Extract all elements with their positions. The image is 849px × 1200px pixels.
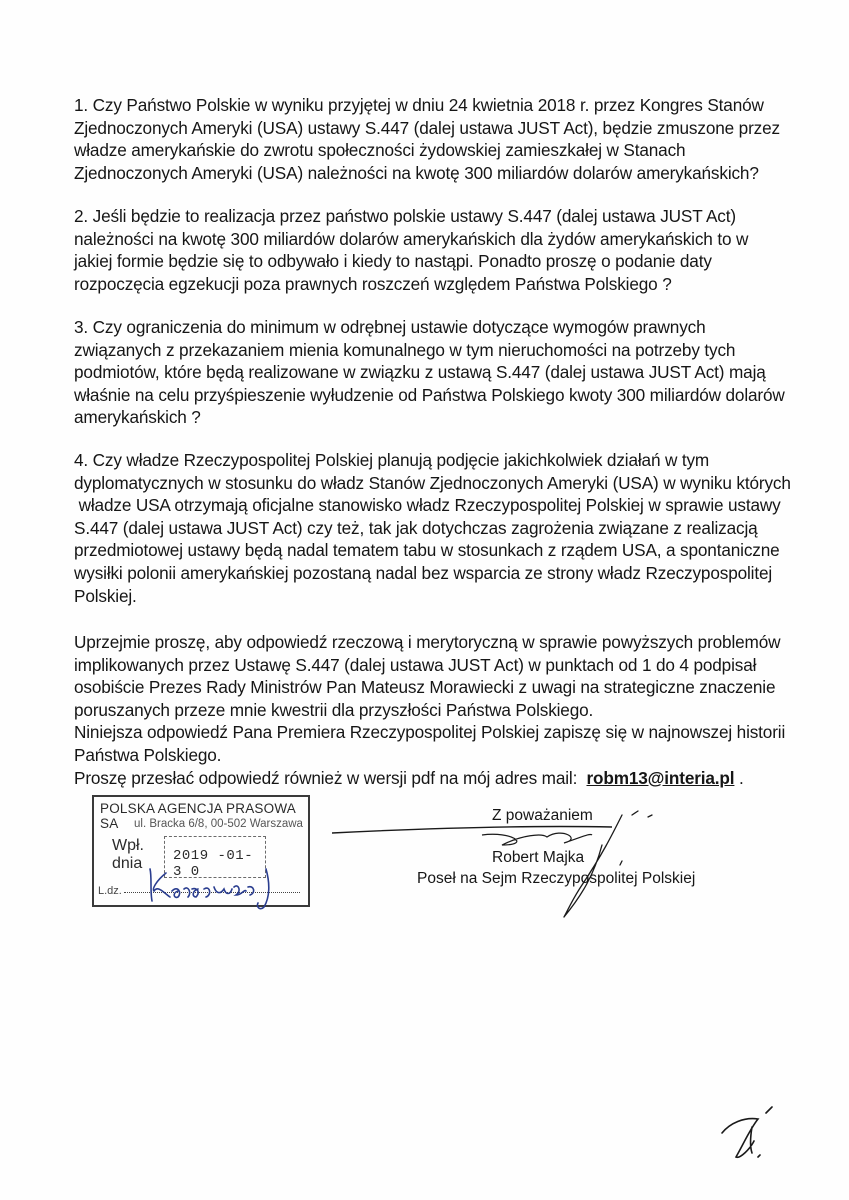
question-2-paragraph: 2. Jeśli będzie to realizacja przez pańs… [74, 205, 774, 295]
email-address[interactable]: robm13@interia.pl [586, 768, 734, 788]
request-paragraph: Uprzejmie proszę, aby odpowiedź rzeczową… [74, 631, 774, 789]
question-3-paragraph: 3. Czy ograniczenia do minimum w odrębne… [74, 316, 774, 429]
email-line: Proszę przesłać odpowiedź również w wers… [74, 767, 774, 790]
text-line: Zjednoczonych Ameryki (USA) ustawy S.447… [74, 117, 774, 140]
text-line: związanych z przekazaniem mienia komunal… [74, 339, 774, 362]
text-line: 1. Czy Państwo Polskie w wyniku przyjęte… [74, 94, 774, 117]
text-line: 4. Czy władze Rzeczypospolitej Polskiej … [74, 449, 774, 472]
text-line: władze USA otrzymają oficjalne stanowisk… [74, 494, 774, 517]
text-line: Państwa Polskiego. [74, 744, 774, 767]
question-1-paragraph: 1. Czy Państwo Polskie w wyniku przyjęte… [74, 94, 774, 184]
receipt-stamp: POLSKA AGENCJA PRASOWA SA ul. Bracka 6/8… [92, 795, 310, 907]
stamp-ldz-label: L.dz. [98, 885, 122, 897]
signatory-title: Poseł na Sejm Rzeczypospolitej Polskiej [417, 868, 695, 889]
closing-salutation: Z poważaniem [492, 805, 632, 826]
text-line: władze amerykańskie do zwrotu społecznoś… [74, 139, 774, 162]
question-4-paragraph: 4. Czy władze Rzeczypospolitej Polskiej … [74, 449, 774, 607]
handwritten-name-icon [142, 863, 292, 913]
text-line: implikowanych przez Ustawę S.447 (dalej … [74, 654, 774, 677]
text-line: osobiście Prezes Rady Ministrów Pan Mate… [74, 676, 774, 699]
text-line: Polskiej. [74, 585, 774, 608]
email-line-prefix: Proszę przesłać odpowiedź również w wers… [74, 768, 586, 788]
stamp-label-wpl: Wpł. [112, 837, 144, 855]
text-line: S.447 (dalej ustawa JUST Act) czy też, t… [74, 517, 774, 540]
email-line-suffix: . [734, 768, 743, 788]
text-line: 2. Jeśli będzie to realizacja przez pańs… [74, 205, 774, 228]
text-line: Niniejsza odpowiedź Pana Premiera Rzeczy… [74, 721, 774, 744]
text-line: rozpoczęcia egzekucji poza prawnych rosz… [74, 273, 774, 296]
text-line: Zjednoczonych Ameryki (USA) należności n… [74, 162, 774, 185]
text-line: jakiej formie będzie się to odbywało i k… [74, 250, 774, 273]
stamp-received-label: Wpł. dnia [112, 837, 144, 873]
text-line: przedmiotowej ustawy będą nadal tematem … [74, 539, 774, 562]
text-line: podmiotów, które będą realizowane w zwią… [74, 361, 774, 384]
text-line: dyplomatycznych w stosunku do władz Stan… [74, 472, 774, 495]
text-line: poruszanych przeze mnie kwestrii dla prz… [74, 699, 774, 722]
text-line: należności na kwotę 300 miliardów dolaró… [74, 228, 774, 251]
text-line: właśnie na celu przyśpieszenie wyłudzeni… [74, 384, 774, 407]
text-line: 3. Czy ograniczenia do minimum w odrębne… [74, 316, 774, 339]
text-line: wysiłki polonii amerykańskiej pozostaną … [74, 562, 774, 585]
text-line: Uprzejmie proszę, aby odpowiedź rzeczową… [74, 631, 774, 654]
signatory-name: Robert Majka [492, 847, 632, 868]
page-initial-icon [720, 1105, 800, 1165]
stamp-address: ul. Bracka 6/8, 00-502 Warszawa [134, 818, 303, 830]
text-line: amerykańskich ? [74, 406, 774, 429]
stamp-label-dnia: dnia [112, 855, 144, 873]
